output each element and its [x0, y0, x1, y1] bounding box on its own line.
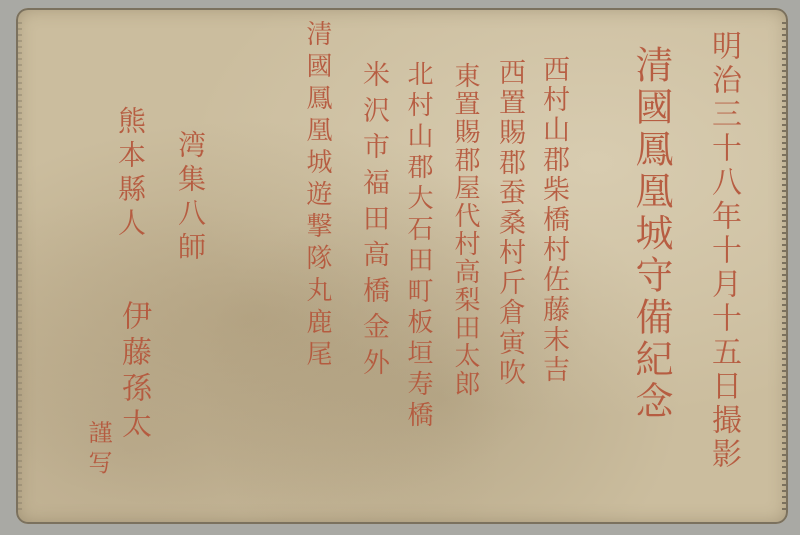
- member-entry-2: 西置賜郡蚕桑村斤倉寅吹: [496, 58, 523, 388]
- perforated-edge-right: [782, 22, 788, 510]
- date-inscription: 明治三十八年十月十五日撮影: [708, 30, 738, 472]
- title-inscription: 清國鳳凰城守備紀念: [632, 45, 670, 423]
- origin-inscription: 熊本縣人: [116, 106, 144, 242]
- perforated-edge-left: [16, 22, 22, 510]
- member-entry-5: 米沢市福田高橋金外: [360, 60, 387, 384]
- writer-name: 伊藤孫太: [118, 300, 148, 444]
- member-entry-1: 西村山郡柴橋村佐藤末吉: [540, 55, 567, 385]
- writer-note: 謹写: [86, 420, 110, 480]
- member-entry-6: 清國鳳凰城遊撃隊丸鹿尾: [304, 20, 330, 372]
- unit-inscription: 湾集八師: [176, 130, 204, 266]
- member-entry-4: 北村山郡大石田町板垣寿橋: [405, 60, 431, 432]
- member-entry-3: 東置賜郡屋代村高梨田太郎: [452, 62, 478, 398]
